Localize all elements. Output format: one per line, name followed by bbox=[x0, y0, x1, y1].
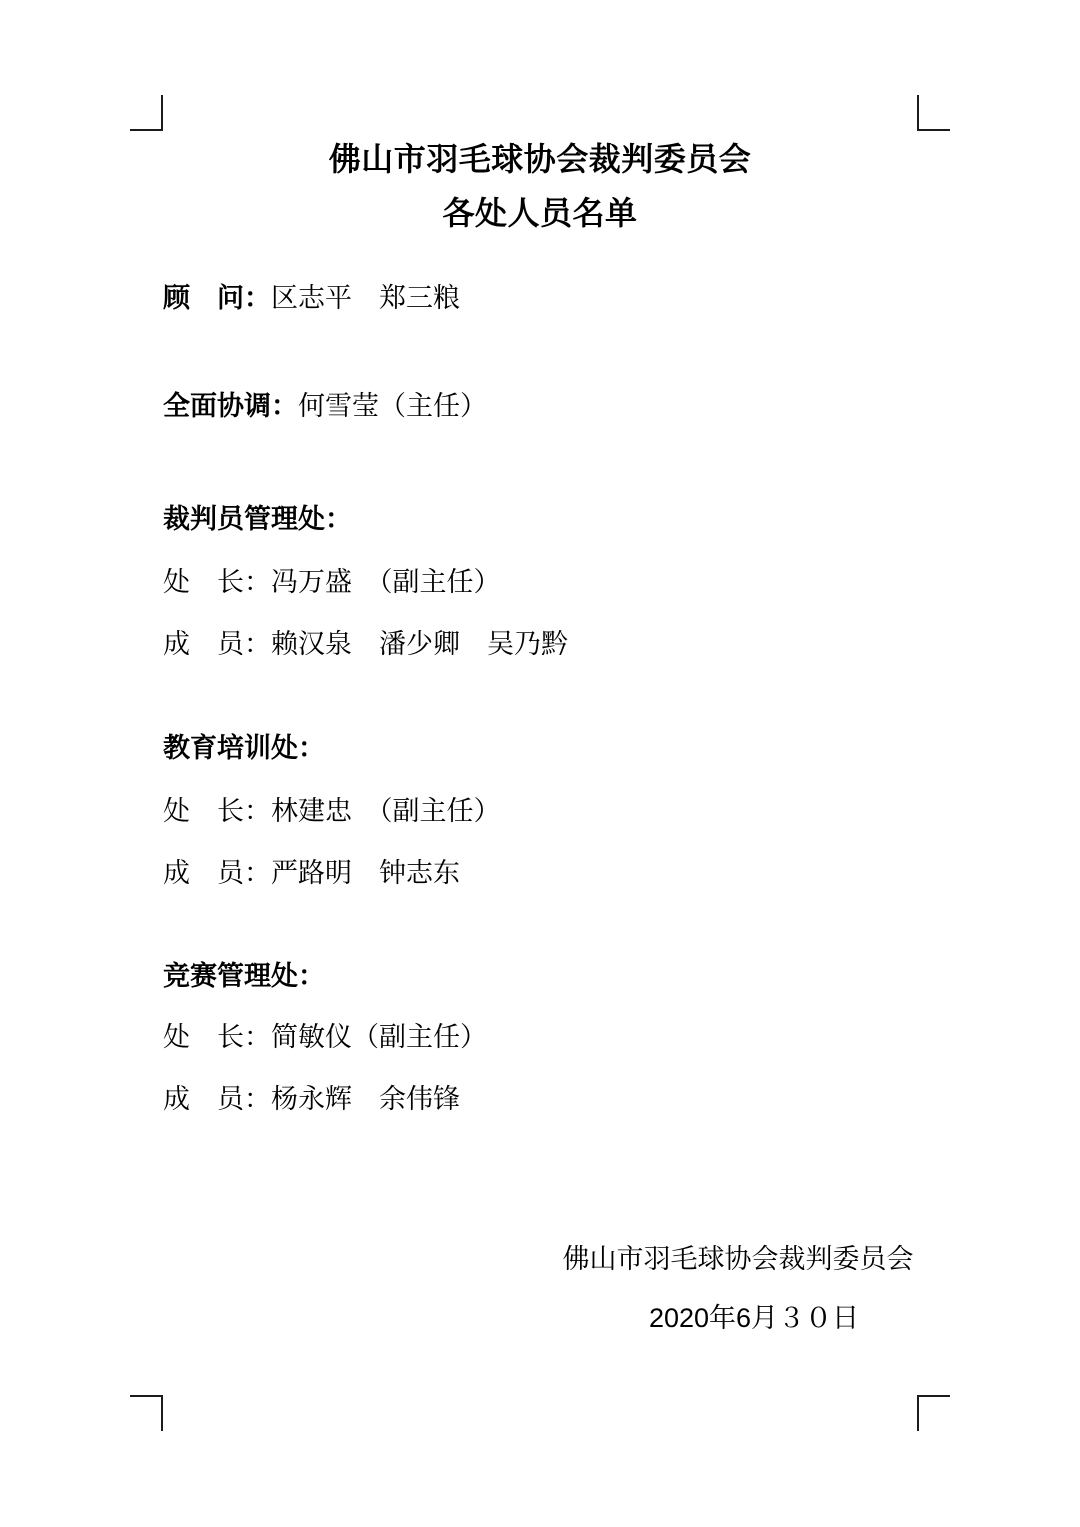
row-value: 杨永辉 余伟锋 bbox=[271, 1084, 460, 1114]
signature-date: 2020年6月３０日 bbox=[214, 1305, 1080, 1332]
section-row-chief: 处 长：林建忠 （副主任） bbox=[163, 798, 501, 825]
signature-org: 佛山市羽毛球协会裁判委员会 bbox=[198, 1246, 1080, 1273]
crop-mark-bottom-right bbox=[917, 1395, 950, 1431]
crop-mark-top-right bbox=[917, 95, 950, 131]
section-heading-referee-management: 裁判员管理处： bbox=[163, 506, 352, 533]
row-label: 处 长： bbox=[163, 796, 271, 826]
advisor-names: 区志平 郑三粮 bbox=[271, 283, 460, 313]
section-row-members: 成 员：严路明 钟志东 bbox=[163, 860, 460, 887]
row-label: 成 员： bbox=[163, 629, 271, 659]
document-page: 佛山市羽毛球协会裁判委员会 各处人员名单 顾 问：区志平 郑三粮 全面协调：何雪… bbox=[0, 0, 1080, 1527]
row-value: 冯万盛 （副主任） bbox=[271, 567, 501, 597]
row-label: 处 长： bbox=[163, 567, 271, 597]
page-subtitle: 各处人员名单 bbox=[0, 197, 1080, 229]
section-row-chief: 处 长：简敏仪（副主任） bbox=[163, 1024, 487, 1051]
row-value: 赖汉泉 潘少卿 吴乃黔 bbox=[271, 629, 568, 659]
row-value: 林建忠 （副主任） bbox=[271, 796, 501, 826]
crop-mark-top-left bbox=[130, 95, 163, 131]
row-label: 成 员： bbox=[163, 1084, 271, 1114]
advisor-line: 顾 问：区志平 郑三粮 bbox=[163, 285, 460, 312]
page-title: 佛山市羽毛球协会裁判委员会 bbox=[0, 143, 1080, 175]
coordination-line: 全面协调：何雪莹（主任） bbox=[163, 393, 487, 420]
section-row-members: 成 员：杨永辉 余伟锋 bbox=[163, 1086, 460, 1113]
row-label: 成 员： bbox=[163, 858, 271, 888]
section-heading-competition-management: 竞赛管理处： bbox=[163, 963, 325, 990]
advisor-label: 顾 问： bbox=[163, 283, 271, 313]
coordination-label: 全面协调： bbox=[163, 391, 298, 421]
section-heading-education-training: 教育培训处： bbox=[163, 735, 325, 762]
section-row-members: 成 员：赖汉泉 潘少卿 吴乃黔 bbox=[163, 631, 568, 658]
crop-mark-bottom-left bbox=[130, 1395, 163, 1431]
coordination-name: 何雪莹（主任） bbox=[298, 391, 487, 421]
row-label: 处 长： bbox=[163, 1022, 271, 1052]
section-row-chief: 处 长：冯万盛 （副主任） bbox=[163, 569, 501, 596]
row-value: 简敏仪（副主任） bbox=[271, 1022, 487, 1052]
row-value: 严路明 钟志东 bbox=[271, 858, 460, 888]
